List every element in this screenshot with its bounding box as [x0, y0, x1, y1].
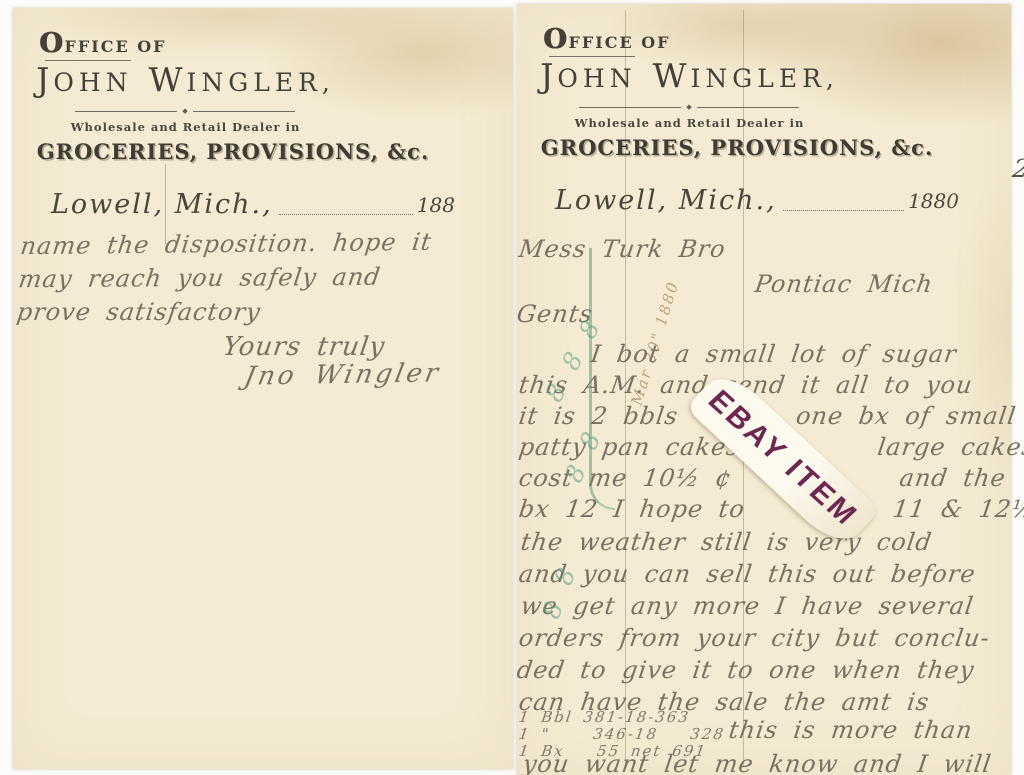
place-line: Lowell, Mich.,	[555, 185, 777, 216]
handwritten-line: may reach you safely and	[17, 263, 383, 294]
year-value: 1880	[908, 189, 959, 216]
body-line: and you can sell this out before	[517, 560, 978, 588]
merchant-name: JOHNWINGLER,	[13, 60, 358, 99]
ornate-initial: O	[543, 24, 569, 55]
date-dotted-line	[279, 185, 413, 215]
tally-line: 1 Bbl 381-18-363	[518, 708, 692, 726]
body-line: orders from your city but conclu-	[517, 624, 992, 652]
body-last-line: you want let me know and I will	[521, 750, 993, 775]
date-row: Lowell, Mich., 25th Mar 1880	[555, 176, 959, 216]
signature: Jno Wingler	[242, 358, 444, 391]
date-row: Lowell, Mich., 188	[51, 180, 455, 220]
closing-line: Yours truly	[221, 332, 387, 362]
body-line: we get any more I have several	[519, 592, 976, 620]
handwritten-line: name the disposition. hope it	[19, 228, 434, 260]
address-line: Mess Turk Bro	[517, 235, 728, 263]
handwritten-line: prove satisfactory	[15, 298, 263, 326]
tally-line: 1 " 346-18 328	[518, 725, 727, 743]
office-of-line: OFFICE OF	[543, 24, 671, 57]
city-line: Pontiac Mich	[753, 270, 935, 298]
letter-page-right: OFFICE OF JOHNWINGLER, ◆ Wholesale and R…	[517, 4, 1011, 775]
dealer-line: Wholesale and Retail Dealer in	[517, 116, 862, 130]
green-pencil-line	[589, 248, 615, 510]
office-of-line: OFFICE OF	[39, 28, 167, 61]
date-dotted-line: 25th Mar	[783, 181, 904, 211]
ornate-initial: O	[39, 28, 65, 59]
handwritten-date: 25th Mar	[1010, 154, 1024, 183]
scan-background: OFFICE OF JOHNWINGLER, ◆ Wholesale and R…	[0, 0, 1024, 775]
decorative-flourish: ◆	[579, 103, 799, 111]
dealer-line: Wholesale and Retail Dealer in	[13, 120, 358, 134]
body-line: the weather still is very cold	[519, 528, 934, 556]
decorative-flourish: ◆	[75, 107, 295, 115]
year-prefix: 188	[417, 193, 455, 220]
merchant-name: JOHNWINGLER,	[517, 56, 862, 95]
place-line: Lowell, Mich.,	[51, 189, 273, 220]
business-line: GROCERIES, PROVISIONS, &c.	[525, 135, 949, 160]
business-line: GROCERIES, PROVISIONS, &c.	[21, 139, 445, 164]
tally-note: this is more than	[727, 716, 975, 744]
letter-page-left: OFFICE OF JOHNWINGLER, ◆ Wholesale and R…	[13, 8, 513, 769]
body-line: ded to give it to one when they	[515, 656, 976, 684]
